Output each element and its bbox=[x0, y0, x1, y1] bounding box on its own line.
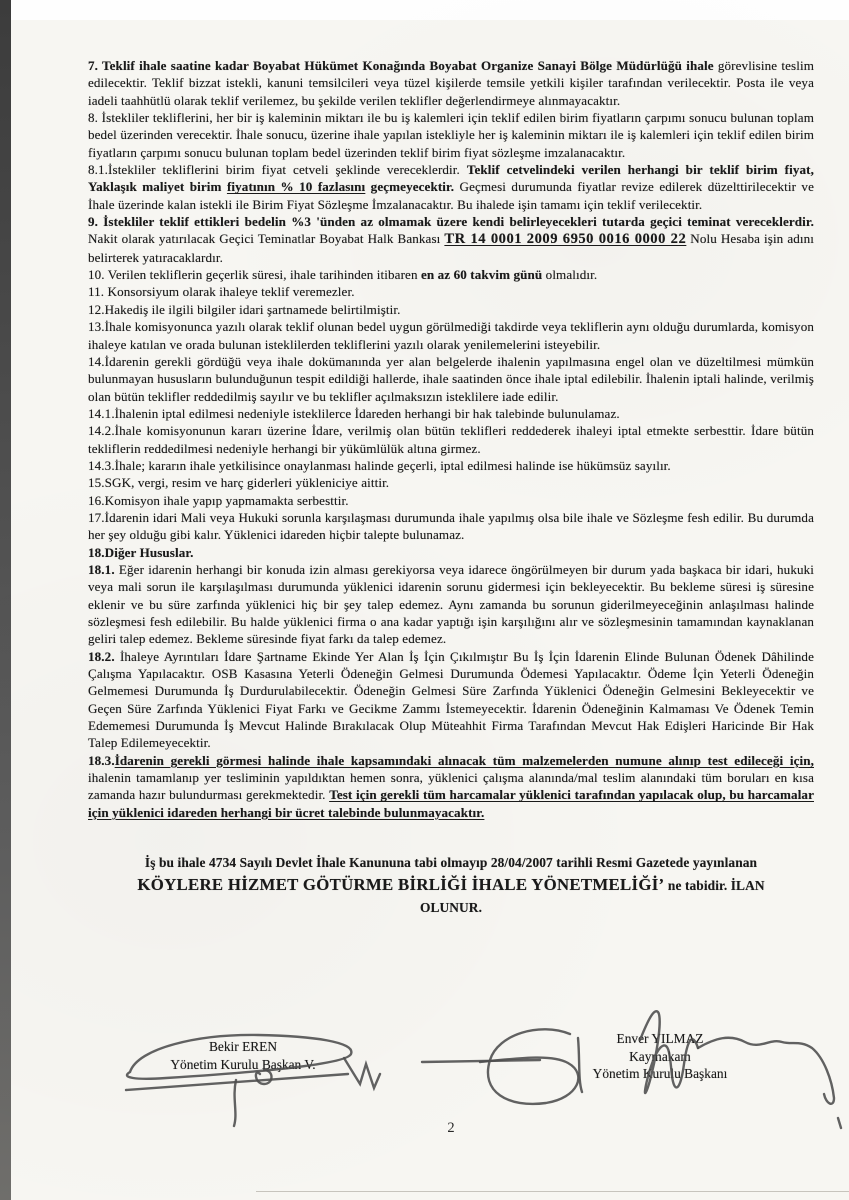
text-run: 18.1. bbox=[88, 562, 115, 577]
text-run: olmalıdır. bbox=[542, 267, 597, 282]
text-run: 16.Komisyon ihale yapıp yapmamakta serbe… bbox=[88, 493, 349, 508]
paragraph-item-18-3: 18.3.İdarenin gerekli görmesi halinde ih… bbox=[88, 752, 814, 821]
signatory-left-title: Yönetim Kurulu Başkan V. bbox=[118, 1056, 368, 1074]
text-run: 17.İdarenin idari Mali veya Hukuki sorun… bbox=[88, 510, 814, 542]
text-run: 18.2. bbox=[88, 649, 115, 664]
signature-block-right: Enver YILMAZ Kaymakam Yönetim Kurulu Baş… bbox=[540, 1030, 780, 1083]
text-run: İhaleye Ayrıntıları İdare Şartname Ekind… bbox=[88, 649, 814, 751]
paragraph-item-16: 16.Komisyon ihale yapıp yapmamakta serbe… bbox=[88, 492, 814, 509]
text-run: 12.Hakediş ile ilgili bilgiler idari şar… bbox=[88, 302, 400, 317]
scanner-edge-bottom-line bbox=[256, 1191, 849, 1192]
signatory-right-name: Enver YILMAZ bbox=[540, 1030, 780, 1048]
text-run: ne tabidir. İLAN bbox=[664, 878, 764, 893]
scanned-document-page: { "page": { "number": "2" }, "paragraphs… bbox=[0, 0, 849, 1200]
paragraph-legal-notice: İş bu ihale 4734 Sayılı Devlet İhale Kan… bbox=[88, 852, 814, 919]
signatory-left-name: Bekir EREN bbox=[118, 1038, 368, 1056]
text-run: fiyatının % 10 fazlasını bbox=[227, 179, 365, 194]
document-body: 7. Teklif ihale saatine kadar Boyabat Hü… bbox=[88, 57, 814, 919]
text-run: İş bu ihale 4734 Sayılı Devlet İhale Kan… bbox=[145, 855, 757, 870]
signature-block-left: Bekir EREN Yönetim Kurulu Başkan V. bbox=[118, 1038, 368, 1073]
text-run: Eğer idarenin herhangi bir konuda izin a… bbox=[88, 562, 814, 646]
text-run: 7. Teklif ihale saatine kadar Boyabat Hü… bbox=[88, 58, 718, 73]
scanner-edge-top bbox=[0, 0, 849, 20]
text-run: İdarenin gerekli görmesi halinde ihale k… bbox=[115, 753, 814, 768]
text-run: KÖYLERE HİZMET GÖTÜRME BİRLİĞİ İHALE YÖN… bbox=[137, 875, 664, 894]
text-run: 9. İstekliler teklif ettikleri bedelin %… bbox=[88, 214, 814, 229]
paragraph-item-15: 15.SGK, vergi, resim ve harç giderleri y… bbox=[88, 474, 814, 491]
text-run: geçmeyecektir. bbox=[365, 179, 454, 194]
text-run: 11. Konsorsiyum olarak ihaleye teklif ve… bbox=[88, 284, 355, 299]
signatory-right-title1: Kaymakam bbox=[540, 1048, 780, 1066]
paragraph-item-14-1: 14.1.İhalenin iptal edilmesi nedeniyle i… bbox=[88, 405, 814, 422]
text-run: en az 60 takvim günü bbox=[421, 267, 542, 282]
paragraph-item-10: 10. Verilen tekliflerin geçerlik süresi,… bbox=[88, 266, 814, 283]
text-run: TR 14 0001 2009 6950 0016 0000 22 bbox=[444, 231, 686, 247]
paragraph-item-18-1: 18.1. Eğer idarenin herhangi bir konuda … bbox=[88, 561, 814, 648]
text-run: 18.Diğer Hususlar. bbox=[88, 545, 193, 560]
signatory-right-title2: Yönetim Kurulu Başkanı bbox=[540, 1065, 780, 1083]
paragraph-item-9: 9. İstekliler teklif ettikleri bedelin %… bbox=[88, 213, 814, 266]
text-run: OLUNUR. bbox=[420, 900, 482, 915]
paragraph-item-8-1: 8.1.İstekliler tekliflerini birim fiyat … bbox=[88, 161, 814, 213]
paragraph-item-17: 17.İdarenin idari Mali veya Hukuki sorun… bbox=[88, 509, 814, 544]
paragraph-item-18-header: 18.Diğer Hususlar. bbox=[88, 544, 814, 561]
text-run: 15.SGK, vergi, resim ve harç giderleri y… bbox=[88, 475, 389, 490]
scanner-edge-left bbox=[0, 0, 11, 1200]
paragraph-item-7: 7. Teklif ihale saatine kadar Boyabat Hü… bbox=[88, 57, 814, 109]
text-run: 13.İhale komisyonunca yazılı olarak tekl… bbox=[88, 319, 814, 351]
paragraph-item-13: 13.İhale komisyonunca yazılı olarak tekl… bbox=[88, 318, 814, 353]
text-run: 14.3.İhale; kararın ihale yetkilisince o… bbox=[88, 458, 671, 473]
paragraph-item-14-3: 14.3.İhale; kararın ihale yetkilisince o… bbox=[88, 457, 814, 474]
text-run: 18.3. bbox=[88, 753, 115, 768]
text-run: 14.İdarenin gerekli gördüğü veya ihale d… bbox=[88, 354, 814, 404]
page-number: 2 bbox=[88, 1120, 814, 1137]
text-run: 8. İstekliler tekliflerini, her bir iş k… bbox=[88, 110, 814, 160]
text-run: 10. Verilen tekliflerin geçerlik süresi,… bbox=[88, 267, 421, 282]
paragraph-item-18-2: 18.2. İhaleye Ayrıntıları İdare Şartname… bbox=[88, 648, 814, 752]
paragraph-item-12: 12.Hakediş ile ilgili bilgiler idari şar… bbox=[88, 301, 814, 318]
text-run: 14.1.İhalenin iptal edilmesi nedeniyle i… bbox=[88, 406, 620, 421]
paragraph-item-8: 8. İstekliler tekliflerini, her bir iş k… bbox=[88, 109, 814, 161]
text-run: Nakit olarak yatırılacak Geçici Teminatl… bbox=[88, 231, 444, 246]
paragraph-item-11: 11. Konsorsiyum olarak ihaleye teklif ve… bbox=[88, 283, 814, 300]
paragraph-item-14-2: 14.2.İhale komisyonunun kararı üzerine İ… bbox=[88, 422, 814, 457]
text-run: 14.2.İhale komisyonunun kararı üzerine İ… bbox=[88, 423, 814, 455]
paragraph-item-14: 14.İdarenin gerekli gördüğü veya ihale d… bbox=[88, 353, 814, 405]
text-run: 8.1.İstekliler tekliflerini birim fiyat … bbox=[88, 162, 467, 177]
